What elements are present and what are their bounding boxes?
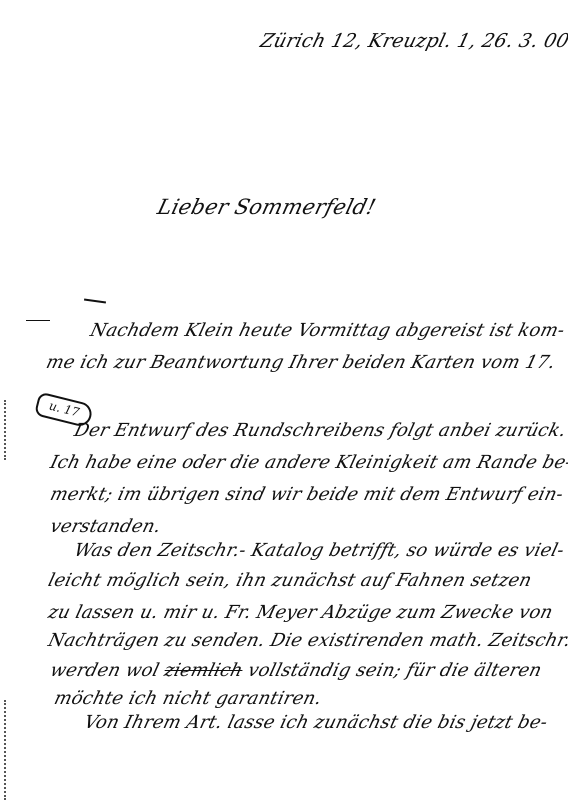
- letter-line: Nachträgen zu senden. Die existirenden m…: [46, 630, 568, 651]
- letter-line: werden wol ziemlich vollständig sein; fü…: [48, 660, 544, 681]
- struck-word: ziemlich: [162, 660, 245, 681]
- letter-line: Nachdem Klein heute Vormittag abgereist …: [88, 320, 567, 341]
- letter-line: verstanden.: [48, 516, 163, 537]
- letter-line: Ich habe eine oder die andere Kleinigkei…: [48, 452, 568, 473]
- scan-edge-dots: [4, 700, 8, 800]
- letter-line: Der Entwurf des Rundschreibens folgt anb…: [72, 420, 568, 441]
- letter-line: leicht möglich sein, ihn zunächst auf Fa…: [46, 570, 534, 591]
- letter-line: zu lassen u. mir u. Fr. Meyer Abzüge zum…: [46, 602, 555, 623]
- letter-page: Zürich 12, Kreuzpl. 1, 26. 3. 00. Lieber…: [0, 0, 568, 805]
- letter-line: merkt; im übrigen sind wir beide mit dem…: [48, 484, 566, 505]
- letter-salutation: Lieber Sommerfeld!: [155, 195, 378, 219]
- letter-line: Von Ihrem Art. lasse ich zunächst die bi…: [82, 712, 550, 733]
- letter-line: möchte ich nicht garantiren.: [52, 688, 324, 709]
- letter-text: vollständig sein; für die älteren: [246, 660, 544, 681]
- pen-stroke-mark: [26, 320, 50, 321]
- scan-edge-dots: [4, 400, 8, 460]
- letter-line: me ich zur Beantwortung Ihrer beiden Kar…: [44, 352, 558, 373]
- letter-text: werden wol: [48, 660, 161, 681]
- letter-dateline: Zürich 12, Kreuzpl. 1, 26. 3. 00.: [258, 30, 568, 52]
- letter-line: Was den Zeitschr.- Katalog betrifft, so …: [72, 540, 566, 561]
- pen-stroke-mark: [84, 298, 106, 303]
